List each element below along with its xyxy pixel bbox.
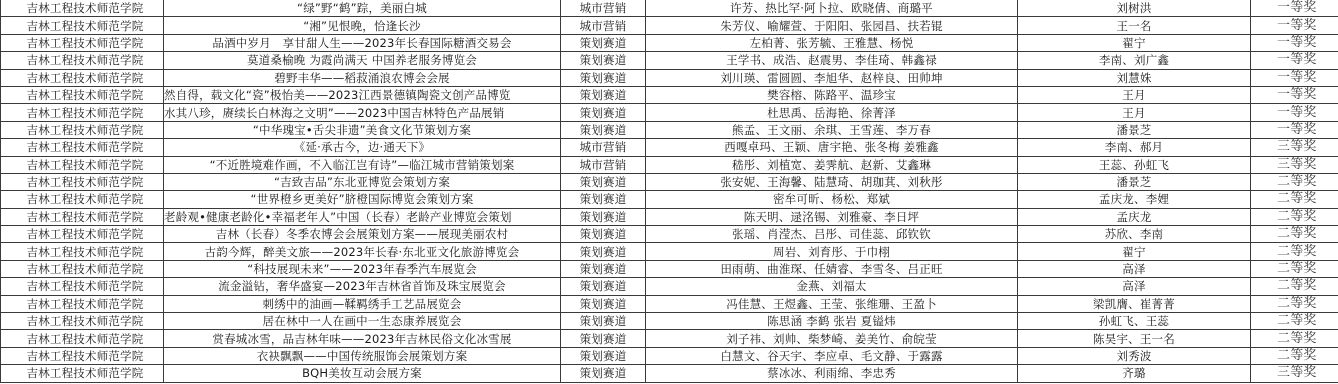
school-cell: 吉林工程技术师范学院 [1, 330, 164, 347]
project-title-cell: BQH美妆互动会展方案 [164, 365, 561, 382]
track-cell: 策划赛道 [561, 226, 646, 243]
track-cell: 城市营销 [561, 156, 646, 173]
team-members-cell: 嵇彤、刘植宽、姜霁航、赵新、艾鑫琳 [646, 156, 1018, 173]
advisors-cell: 梁凯膺、崔菁菁 [1018, 295, 1251, 312]
advisors-cell: 孙虹飞、王蕊 [1018, 313, 1251, 330]
table-row: 吉林工程技术师范学院BQH美妆互动会展方案策划赛道蔡冰冰、利雨绵、李忠秀齐璐三等… [1, 365, 1338, 382]
track-cell: 策划赛道 [561, 34, 646, 51]
table-row: 吉林工程技术师范学院《延·承古今，边·通天下》城市营销西嘎卓玛、王颖、唐宇艳、张… [1, 139, 1338, 156]
school-cell: 吉林工程技术师范学院 [1, 191, 164, 208]
track-cell: 策划赛道 [561, 278, 646, 295]
awards-table: 吉林工程技术师范学院“绿”野“鹤”踪，美丽白城城市营销许芳、热比罕·阿卜拉、欧晓… [0, 0, 1338, 383]
table-row: 吉林工程技术师范学院“科技展现未来”——2023年春季汽车展览会策划赛道田雨萌、… [1, 260, 1338, 277]
school-cell: 吉林工程技术师范学院 [1, 278, 164, 295]
table-row: 吉林工程技术师范学院居在林中一人在画中一生态康养展览会策划赛道陈思涵 李鹤 张岩… [1, 313, 1338, 330]
advisors-cell: 齐璐 [1018, 365, 1251, 382]
table-row: 吉林工程技术师范学院刺绣中的油画—鞣羁绣手工艺品展览会策划赛道冯佳慧、王煜鑫、王… [1, 295, 1338, 312]
table-row: 吉林工程技术师范学院然自得，载文化“瓷”极怡美——2023江西景德镇陶瓷文创产品… [1, 86, 1338, 103]
project-title-cell: “吉致吉品”东北亚博览会策划方案 [164, 173, 561, 190]
track-cell: 城市营销 [561, 0, 646, 17]
project-title-cell: 流金溢钻，奢华盛宴—2023年吉林省首饰及珠宝展览会 [164, 278, 561, 295]
track-cell: 城市营销 [561, 17, 646, 34]
advisors-cell: 王月 [1018, 104, 1251, 121]
advisors-cell: 翟宁 [1018, 34, 1251, 51]
advisors-cell: 刘树洪 [1018, 0, 1251, 17]
award-cell: 一等奖 [1251, 52, 1338, 69]
project-title-cell: 碧野丰华——稻菽涌浪农博会会展 [164, 69, 561, 86]
project-title-cell: 衣袂飘飘——中国传统服饰会展策划方案 [164, 347, 561, 364]
team-members-cell: 密牟可昕、杨松、郑斌 [646, 191, 1018, 208]
project-title-cell: 《延·承古今，边·通天下》 [164, 139, 561, 156]
team-members-cell: 许芳、热比罕·阿卜拉、欧晓倩、商璐平 [646, 0, 1018, 17]
school-cell: 吉林工程技术师范学院 [1, 313, 164, 330]
table-row: 吉林工程技术师范学院“世界橙乡更美好”脐橙国际博览会策划方案策划赛道密牟可昕、杨… [1, 191, 1338, 208]
advisors-cell: 高泽 [1018, 260, 1251, 277]
award-cell: 三等奖 [1251, 365, 1338, 382]
advisors-cell: 潘景芝 [1018, 121, 1251, 138]
school-cell: 吉林工程技术师范学院 [1, 156, 164, 173]
team-members-cell: 左柏菁、张芳毓、王雅慧、杨悦 [646, 34, 1018, 51]
track-cell: 策划赛道 [561, 52, 646, 69]
school-cell: 吉林工程技术师范学院 [1, 0, 164, 17]
table-row: 吉林工程技术师范学院“湘”见恨晚，恰逢长沙城市营销朱芳仪、喻耀萱、于阳阳、张园昌… [1, 17, 1338, 34]
advisors-cell: 李南、刘广鑫 [1018, 52, 1251, 69]
team-members-cell: 刘川瑛、雷圆圆、李旭华、赵梓良、田帅坤 [646, 69, 1018, 86]
school-cell: 吉林工程技术师范学院 [1, 34, 164, 51]
table-row: 吉林工程技术师范学院“不近胜境难作画，不入临江岂有诗”—临江城市营销策划案城市营… [1, 156, 1338, 173]
project-title-cell: “科技展现未来”——2023年春季汽车展览会 [164, 260, 561, 277]
track-cell: 城市营销 [561, 139, 646, 156]
school-cell: 吉林工程技术师范学院 [1, 347, 164, 364]
school-cell: 吉林工程技术师范学院 [1, 69, 164, 86]
track-cell: 策划赛道 [561, 173, 646, 190]
track-cell: 策划赛道 [561, 208, 646, 225]
advisors-cell: 李南、郝月 [1018, 139, 1251, 156]
team-members-cell: 樊容榕、陈路平、温珍宝 [646, 86, 1018, 103]
school-cell: 吉林工程技术师范学院 [1, 243, 164, 260]
award-cell: 一等奖 [1251, 17, 1338, 34]
advisors-cell: 王一名 [1018, 17, 1251, 34]
project-title-cell: 水其八珍，赓续长白林海之文明”——2023中国吉林特色产品展销 [164, 104, 561, 121]
table-row: 吉林工程技术师范学院老龄观•健康老龄化•幸福老年人”中国（长春）老龄产业博览会策… [1, 208, 1338, 225]
project-title-cell: 然自得，载文化“瓷”极怡美——2023江西景德镇陶瓷文创产品博览 [164, 86, 561, 103]
team-members-cell: 金燕、刘福太 [646, 278, 1018, 295]
project-title-cell: 品酒中岁月 享甘甜人生——2023年长春国际糖酒交易会 [164, 34, 561, 51]
advisors-cell: 高泽 [1018, 278, 1251, 295]
track-cell: 策划赛道 [561, 121, 646, 138]
award-cell: 一等奖 [1251, 121, 1338, 138]
project-title-cell: 赏春城冰雪，品吉林年味——2023年吉林民俗文化冰雪展 [164, 330, 561, 347]
table-row: 吉林工程技术师范学院莫道桑榆晚 为霞尚满天 中国养老服务博览会策划赛道王学书、成… [1, 52, 1338, 69]
school-cell: 吉林工程技术师范学院 [1, 86, 164, 103]
school-cell: 吉林工程技术师范学院 [1, 226, 164, 243]
team-members-cell: 朱芳仪、喻耀萱、于阳阳、张园昌、扶若锟 [646, 17, 1018, 34]
award-cell: 二等奖 [1251, 330, 1338, 347]
award-cell: 二等奖 [1251, 278, 1338, 295]
project-title-cell: “中华瑰宝•舌尖非遗”美食文化节策划方案 [164, 121, 561, 138]
table-row: 吉林工程技术师范学院衣袂飘飘——中国传统服饰会展策划方案策划赛道白慧文、谷天宇、… [1, 347, 1338, 364]
advisors-cell: 刘慧姝 [1018, 69, 1251, 86]
team-members-cell: 张瑶、肖滢杰、吕彤、司佳蕊、邱钦钦 [646, 226, 1018, 243]
award-cell: 二等奖 [1251, 295, 1338, 312]
team-members-cell: 白慧文、谷天宇、李应卓、毛文静、于露露 [646, 347, 1018, 364]
advisors-cell: 潘景芝 [1018, 173, 1251, 190]
advisors-cell: 刘秀波 [1018, 347, 1251, 364]
track-cell: 策划赛道 [561, 191, 646, 208]
advisors-cell: 孟庆龙 [1018, 208, 1251, 225]
team-members-cell: 杜思禹、岳海艳、徐菁泽 [646, 104, 1018, 121]
team-members-cell: 周岩、刘育彤、于巾栩 [646, 243, 1018, 260]
project-title-cell: “不近胜境难作画，不入临江岂有诗”—临江城市营销策划案 [164, 156, 561, 173]
school-cell: 吉林工程技术师范学院 [1, 121, 164, 138]
table-row: 吉林工程技术师范学院“中华瑰宝•舌尖非遗”美食文化节策划方案策划赛道熊孟、王文丽… [1, 121, 1338, 138]
award-cell: 二等奖 [1251, 313, 1338, 330]
project-title-cell: “绿”野“鹤”踪，美丽白城 [164, 0, 561, 17]
team-members-cell: 陈思涵 李鹤 张岩 夏镒炜 [646, 313, 1018, 330]
school-cell: 吉林工程技术师范学院 [1, 365, 164, 382]
project-title-cell: 居在林中一人在画中一生态康养展览会 [164, 313, 561, 330]
track-cell: 策划赛道 [561, 295, 646, 312]
project-title-cell: 古韵今辉，醉美文旅——2023年长春·东北亚文化旅游博览会 [164, 243, 561, 260]
school-cell: 吉林工程技术师范学院 [1, 173, 164, 190]
award-cell: 三等奖 [1251, 156, 1338, 173]
team-members-cell: 王学书、成浩、赵震男、李佳琦、韩鑫禄 [646, 52, 1018, 69]
award-cell: 一等奖 [1251, 0, 1338, 17]
advisors-cell: 王蕊、孙虹飞 [1018, 156, 1251, 173]
advisors-cell: 陈昊宇、王一名 [1018, 330, 1251, 347]
project-title-cell: 老龄观•健康老龄化•幸福老年人”中国（长春）老龄产业博览会策划 [164, 208, 561, 225]
team-members-cell: 冯佳慧、王煜鑫、王莹、张维珊、王盈卜 [646, 295, 1018, 312]
award-cell: 二等奖 [1251, 243, 1338, 260]
track-cell: 策划赛道 [561, 365, 646, 382]
table-row: 吉林工程技术师范学院流金溢钻，奢华盛宴—2023年吉林省首饰及珠宝展览会策划赛道… [1, 278, 1338, 295]
table-row: 吉林工程技术师范学院“绿”野“鹤”踪，美丽白城城市营销许芳、热比罕·阿卜拉、欧晓… [1, 0, 1338, 17]
track-cell: 策划赛道 [561, 104, 646, 121]
award-cell: 二等奖 [1251, 208, 1338, 225]
advisors-cell: 翟宁 [1018, 243, 1251, 260]
school-cell: 吉林工程技术师范学院 [1, 295, 164, 312]
award-cell: 一等奖 [1251, 86, 1338, 103]
award-cell: 二等奖 [1251, 347, 1338, 364]
advisors-cell: 王月 [1018, 86, 1251, 103]
project-title-cell: 吉林（长春）冬季农博会会展策划方案——展现美丽农村 [164, 226, 561, 243]
award-cell: 一等奖 [1251, 34, 1338, 51]
table-row: 吉林工程技术师范学院水其八珍，赓续长白林海之文明”——2023中国吉林特色产品展… [1, 104, 1338, 121]
school-cell: 吉林工程技术师范学院 [1, 208, 164, 225]
table-row: 吉林工程技术师范学院“吉致吉品”东北亚博览会策划方案策划赛道张安妮、王海馨、陆慧… [1, 173, 1338, 190]
track-cell: 策划赛道 [561, 330, 646, 347]
advisors-cell: 苏欣、李南 [1018, 226, 1251, 243]
project-title-cell: “湘”见恨晚，恰逢长沙 [164, 17, 561, 34]
track-cell: 策划赛道 [561, 69, 646, 86]
track-cell: 策划赛道 [561, 260, 646, 277]
team-members-cell: 张安妮、王海馨、陆慧琦、胡珈萁、刘秋彤 [646, 173, 1018, 190]
team-members-cell: 刘子祎、刘帅、柴梦崎、姜美竹、俞皖莹 [646, 330, 1018, 347]
award-cell: 二等奖 [1251, 173, 1338, 190]
school-cell: 吉林工程技术师范学院 [1, 260, 164, 277]
awards-table-body: 吉林工程技术师范学院“绿”野“鹤”踪，美丽白城城市营销许芳、热比罕·阿卜拉、欧晓… [1, 0, 1338, 382]
school-cell: 吉林工程技术师范学院 [1, 52, 164, 69]
team-members-cell: 熊孟、王文丽、余琪、王雪莲、李万春 [646, 121, 1018, 138]
table-row: 吉林工程技术师范学院吉林（长春）冬季农博会会展策划方案——展现美丽农村策划赛道张… [1, 226, 1338, 243]
project-title-cell: “世界橙乡更美好”脐橙国际博览会策划方案 [164, 191, 561, 208]
table-row: 吉林工程技术师范学院碧野丰华——稻菽涌浪农博会会展策划赛道刘川瑛、雷圆圆、李旭华… [1, 69, 1338, 86]
award-cell: 二等奖 [1251, 260, 1338, 277]
track-cell: 策划赛道 [561, 347, 646, 364]
school-cell: 吉林工程技术师范学院 [1, 104, 164, 121]
project-title-cell: 莫道桑榆晚 为霞尚满天 中国养老服务博览会 [164, 52, 561, 69]
award-cell: 三等奖 [1251, 139, 1338, 156]
team-members-cell: 西嘎卓玛、王颖、唐宇艳、张冬梅 姜雅鑫 [646, 139, 1018, 156]
table-row: 吉林工程技术师范学院赏春城冰雪，品吉林年味——2023年吉林民俗文化冰雪展策划赛… [1, 330, 1338, 347]
school-cell: 吉林工程技术师范学院 [1, 17, 164, 34]
award-cell: 一等奖 [1251, 104, 1338, 121]
project-title-cell: 刺绣中的油画—鞣羁绣手工艺品展览会 [164, 295, 561, 312]
track-cell: 策划赛道 [561, 86, 646, 103]
table-row: 吉林工程技术师范学院古韵今辉，醉美文旅——2023年长春·东北亚文化旅游博览会策… [1, 243, 1338, 260]
team-members-cell: 田雨萌、曲淮琛、任婧睿、李雪冬、吕正旺 [646, 260, 1018, 277]
table-row: 吉林工程技术师范学院品酒中岁月 享甘甜人生——2023年长春国际糖酒交易会策划赛… [1, 34, 1338, 51]
advisors-cell: 孟庆龙、李娌 [1018, 191, 1251, 208]
school-cell: 吉林工程技术师范学院 [1, 139, 164, 156]
track-cell: 策划赛道 [561, 243, 646, 260]
award-cell: 一等奖 [1251, 69, 1338, 86]
team-members-cell: 陈天明、逯洺锡、刘雅豪、李日坪 [646, 208, 1018, 225]
award-cell: 二等奖 [1251, 226, 1338, 243]
team-members-cell: 蔡冰冰、利雨绵、李忠秀 [646, 365, 1018, 382]
track-cell: 策划赛道 [561, 313, 646, 330]
award-cell: 二等奖 [1251, 191, 1338, 208]
